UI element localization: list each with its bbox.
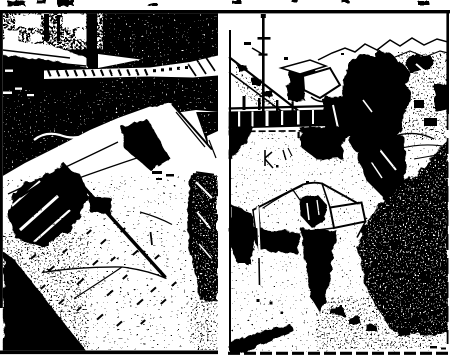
gap [312, 110, 314, 124]
speck-texture [3, 232, 89, 350]
right-photo-panel [229, 13, 448, 353]
frame-border-bottom-left [0, 351, 218, 355]
flagpole-crossbar [258, 37, 271, 40]
fence-band [229, 110, 330, 129]
gap [266, 111, 269, 126]
gap [281, 111, 283, 125]
dot [284, 57, 288, 60]
smudge [342, 0, 349, 3]
dash [152, 171, 162, 174]
ground-speckle [230, 132, 446, 352]
brush-blob [424, 118, 437, 126]
frame-border-right [446, 10, 449, 114]
bush-blob [286, 84, 305, 101]
smudge [37, 0, 46, 4]
brush-blob [414, 100, 424, 108]
frame-border-left [0, 10, 3, 308]
flagpole-top [261, 14, 266, 18]
dash [244, 42, 251, 45]
smudge [292, 0, 298, 3]
gap [297, 111, 300, 125]
smudge [232, 0, 241, 4]
frame-border-top [0, 10, 450, 13]
gap [238, 112, 240, 127]
smudge [7, 1, 25, 6]
brush-blob [408, 56, 432, 71]
tree-trunk [44, 14, 49, 41]
post [276, 100, 278, 111]
post [258, 98, 261, 110]
bank-blob [264, 91, 272, 96]
bank-blob [252, 79, 261, 85]
flagpole-crossbar [259, 54, 268, 56]
speck-texture [100, 13, 218, 89]
dot [341, 53, 344, 55]
smudge [57, 0, 74, 6]
speck-texture [190, 300, 218, 350]
brush-blob [434, 84, 447, 110]
post [292, 102, 294, 111]
dash [15, 88, 22, 90]
smudge [148, 3, 157, 6]
brush-texture-right [398, 52, 447, 140]
figure-canvas [0, 0, 450, 364]
dark-post [87, 13, 98, 66]
dash [5, 70, 13, 72]
flagpole-shaft [262, 15, 265, 112]
halftone-figure [0, 0, 450, 364]
left-photo-panel [3, 13, 218, 356]
post [243, 96, 246, 110]
gap [252, 112, 254, 127]
tree-trunk [57, 15, 60, 41]
smudge [418, 1, 429, 5]
bank-blob [238, 66, 247, 71]
